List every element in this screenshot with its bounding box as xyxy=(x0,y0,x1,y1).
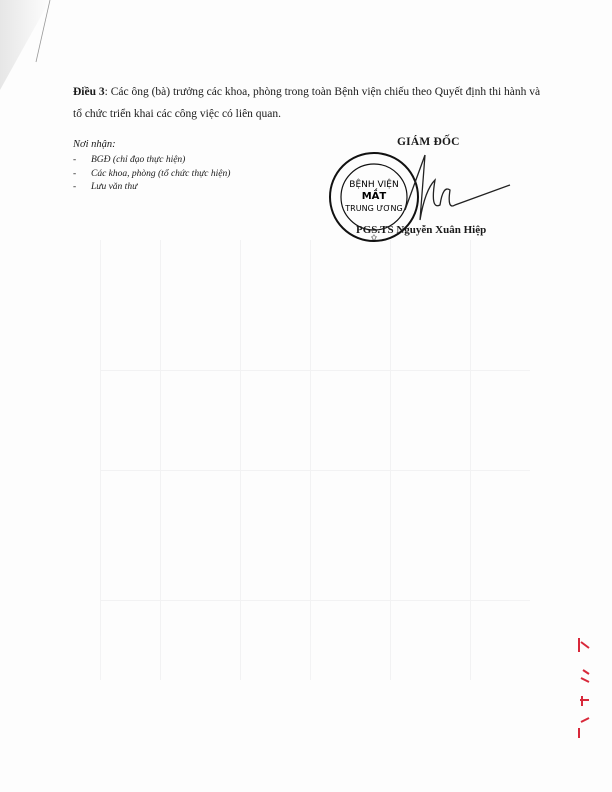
svg-text:BỆNH VIỆN: BỆNH VIỆN xyxy=(349,178,398,190)
article-label: Điều 3 xyxy=(73,86,105,98)
recipients-block: Nơi nhận: -BGĐ (chỉ đạo thực hiện) -Các … xyxy=(73,139,230,195)
red-margin-mark xyxy=(575,630,595,740)
article-text: : Các ông (bà) trưởng các khoa, phòng tr… xyxy=(73,86,540,120)
page-fold-shadow xyxy=(0,0,60,100)
recipients-title: Nơi nhận: xyxy=(73,139,230,150)
svg-text:TRUNG ƯƠNG: TRUNG ƯƠNG xyxy=(344,204,402,213)
signer-name: PGS.TS Nguyễn Xuân Hiệp xyxy=(356,224,486,236)
signature-scribble xyxy=(395,150,515,225)
signature-title: GIÁM ĐỐC xyxy=(397,136,460,148)
recipient-item: -BGĐ (chỉ đạo thực hiện) xyxy=(73,154,230,168)
article-3-paragraph: Điều 3: Các ông (bà) trưởng các khoa, ph… xyxy=(73,81,543,125)
recipient-item: -Các khoa, phòng (tổ chức thực hiện) xyxy=(73,168,230,182)
recipient-item: -Lưu văn thư xyxy=(73,181,230,195)
bleed-through-table xyxy=(100,240,530,680)
